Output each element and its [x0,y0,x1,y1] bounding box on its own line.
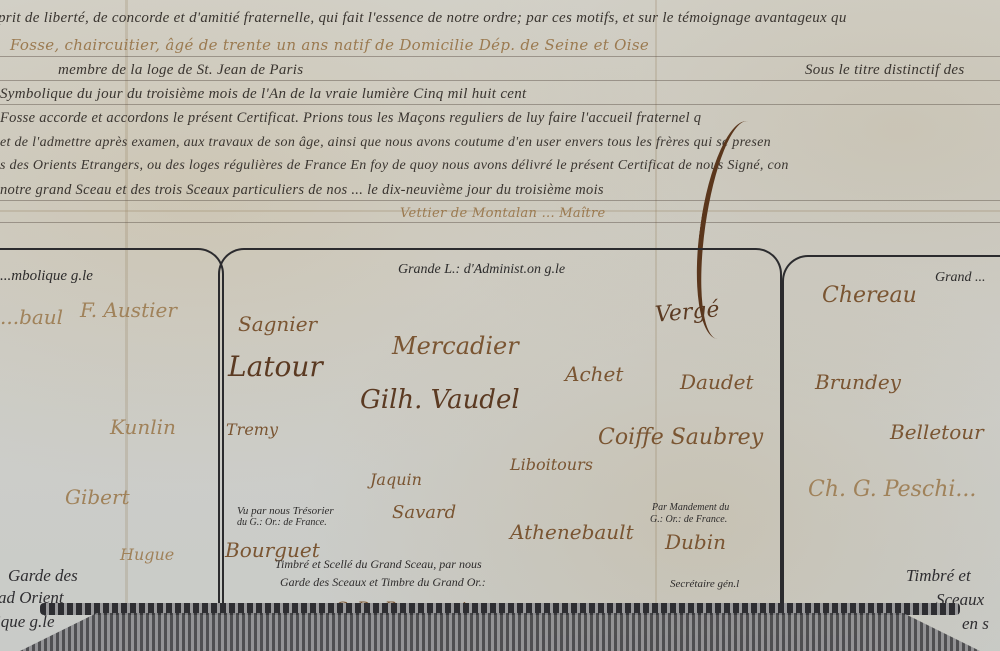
fill-line [0,104,1000,105]
right-side-text-3: en s [962,614,989,634]
treasurer-note-1: Vu par nous Trésorier [237,505,334,517]
signature: Brundey [815,370,901,394]
signature: Daudet [680,370,754,394]
signature: Chereau [822,283,917,308]
body-line-3: membre de la loge de St. Jean de Paris [58,62,303,79]
signature: Coiffe Saubrey [598,425,763,450]
signature: Ch. G. Peschi... [808,477,976,502]
signature: Latour [228,350,323,383]
panel-center-title: Grande L.: d'Administ.on g.le [398,262,565,278]
body-line-9: notre grand Sceau et des trois Sceaux pa… [0,182,604,199]
signature: Tremy [226,420,278,439]
right-side-text-1: Timbré et [906,566,971,586]
signature: Athenebault [510,520,634,544]
fill-line [0,222,1000,223]
body-line-10-handwritten: Vettier de Montalan ... Maître [400,206,605,221]
body-line-6: Fosse accorde et accordons le présent Ce… [0,110,701,127]
signature: F. Austier [80,298,177,322]
signature: Gilh. Vaudel [360,385,520,415]
signature: Hugue [120,545,174,564]
seal-note-1: Timbré et Scellé du Grand Sceau, par nou… [275,557,482,572]
signature: Mercadier [392,332,519,360]
body-line-4: Sous le titre distinctif des [805,62,965,79]
signature: Liboitours [510,455,593,474]
seal-note-2: Garde des Sceaux et Timbre du Grand Or.: [280,575,486,590]
signature: ...baul [0,305,63,329]
secretary-note: Secrétaire gén.l [670,578,739,590]
panel-right-title: Grand ... [935,270,986,286]
signature: Belletour [890,420,984,444]
mandate-note-1: Par Mandement du [652,502,729,513]
mandate-note-2: G.: Or.: de France. [650,514,727,525]
fill-line [0,200,1000,201]
fill-line [0,56,1000,57]
treasurer-note-2: du G.: Or.: de France. [237,517,327,528]
body-line-2-handwritten: Fosse, chaircuitier, âgé de trente un an… [10,36,649,54]
engraved-border [20,613,980,651]
body-line-7: et de l'admettre après examen, aux trava… [0,135,771,151]
signature: Jaquin [370,470,422,489]
body-line-5: Symbolique du jour du troisième mois de … [0,86,527,103]
signature: Gibert [65,485,130,509]
fill-line [0,80,1000,81]
body-line-1: prit de liberté, de concorde et d'amitié… [0,10,847,27]
panel-left-title: ...mbolique g.le [0,268,93,285]
body-line-8: s des Orients Etrangers, ou des loges ré… [0,158,789,174]
left-side-text-1: Garde des [8,566,78,586]
signature: Dubin [665,530,726,554]
signature: Sagnier [238,312,317,336]
left-side-text-3: ique g.le [0,612,55,632]
signature: Achet [565,362,623,386]
signature: Savard [392,502,456,523]
signature: Kunlin [110,415,176,439]
